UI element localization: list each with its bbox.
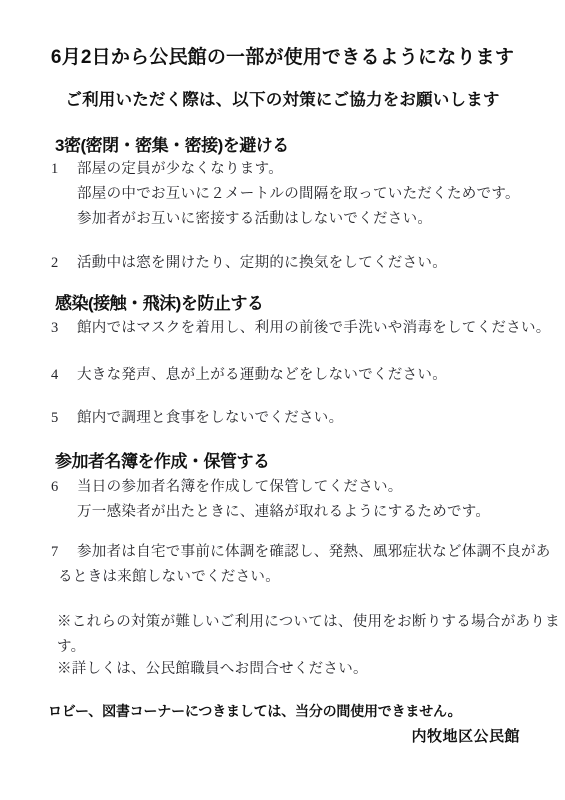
item-number: 6 [51, 475, 77, 525]
list-item: 6 当日の参加者名簿を作成して保管してください。 万一感染者が出たときに、連絡が… [51, 475, 490, 525]
signature-community-center: 内牧地区公民館 [411, 725, 520, 746]
item-number: 5 [51, 406, 77, 431]
item-line: 部屋の定員が少なくなります。 [77, 157, 520, 182]
item-number: 3 [51, 316, 77, 341]
item-number: 1 [51, 157, 77, 232]
item-line: 館内で調理と食事をしないでください。 [77, 406, 343, 431]
list-item: 4 大きな発声、息が上がる運動などをしないでください。 [51, 363, 447, 388]
note-contact-staff: ※詳しくは、公民館職員へお問合せください。 [57, 657, 368, 682]
list-item: 7 参加者は自宅で事前に体調を確認し、発熱、風邪症状など体調不良があ るときは来… [51, 540, 547, 590]
item-number: 2 [51, 251, 77, 276]
list-item: 2 活動中は窓を開けたり、定期的に換気をしてください。 [51, 251, 447, 276]
list-item: 1 部屋の定員が少なくなります。 部屋の中でお互いに２メートルの間隔を取っていた… [51, 157, 520, 232]
section-heading-prevent-infection: 感染(接触・飛沫)を防止する [55, 289, 263, 314]
section-heading-avoid-3mitsu: 3密(密閉・密集・密接)を避ける [55, 131, 289, 156]
item-line: 万一感染者が出たときに、連絡が取れるようにするためです。 [77, 500, 490, 525]
item-line: 館内ではマスクを着用し、利用の前後で手洗いや消毒をしてください。 [77, 316, 547, 341]
item-line: 参加者は自宅で事前に体調を確認し、発熱、風邪症状など体調不良があ [77, 540, 547, 565]
list-item: 3 館内ではマスクを着用し、利用の前後で手洗いや消毒をしてください。 [51, 316, 547, 341]
note-line: ※詳しくは、公民館職員へお問合せください。 [57, 657, 368, 682]
item-number: 4 [51, 363, 77, 388]
page-title: 6月2日から公民館の一部が使用できるようになります [0, 42, 565, 69]
item-line: 活動中は窓を開けたり、定期的に換気をしてください。 [77, 251, 447, 276]
item-line: 参加者がお互いに密接する活動はしないでください。 [77, 207, 520, 232]
item-line: 当日の参加者名簿を作成して保管してください。 [77, 475, 490, 500]
footer-notice-lobby-closed: ロビー、図書コーナーにつきましては、当分の間使用できません。 [48, 701, 461, 721]
item-line: 部屋の中でお互いに２メートルの間隔を取っていただくためです。 [77, 182, 520, 207]
item-line: るときは来館しないでください。 [58, 565, 547, 590]
notice-document-page: 6月2日から公民館の一部が使用できるようになります ご利用いただく際は、以下の対… [0, 0, 565, 800]
note-line: ※これらの対策が難しいご利用については、使用をお断りする場合がありま [57, 610, 560, 635]
page-subtitle: ご利用いただく際は、以下の対策にご協力をお願いします [0, 86, 565, 110]
note-refusal: ※これらの対策が難しいご利用については、使用をお断りする場合がありま す。 [57, 610, 560, 660]
section-heading-participant-roster: 参加者名簿を作成・保管する [55, 447, 270, 472]
item-line: 大きな発声、息が上がる運動などをしないでください。 [77, 363, 447, 388]
list-item: 5 館内で調理と食事をしないでください。 [51, 406, 343, 431]
